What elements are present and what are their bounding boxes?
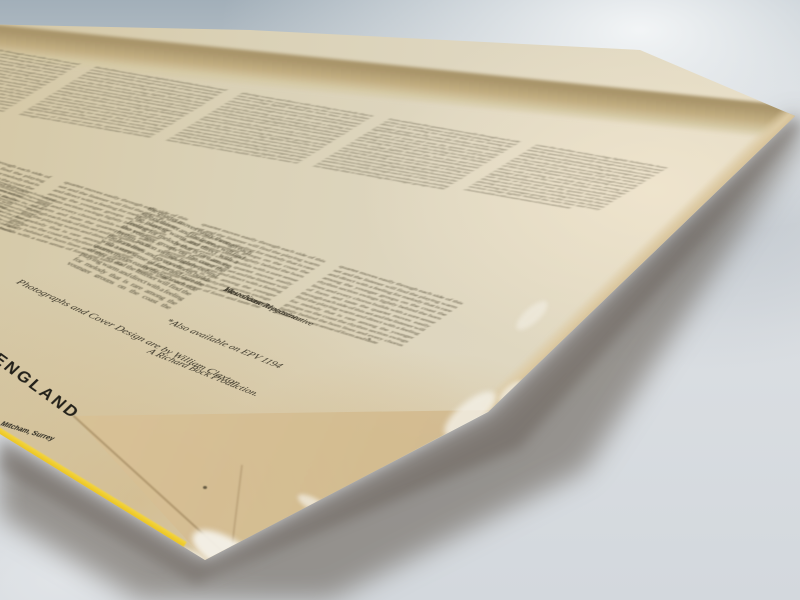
dirt-speck <box>203 486 207 489</box>
dirt-speck <box>368 338 371 340</box>
photo-lp-sleeve-back: the quartet moves easily through each si… <box>0 0 800 600</box>
